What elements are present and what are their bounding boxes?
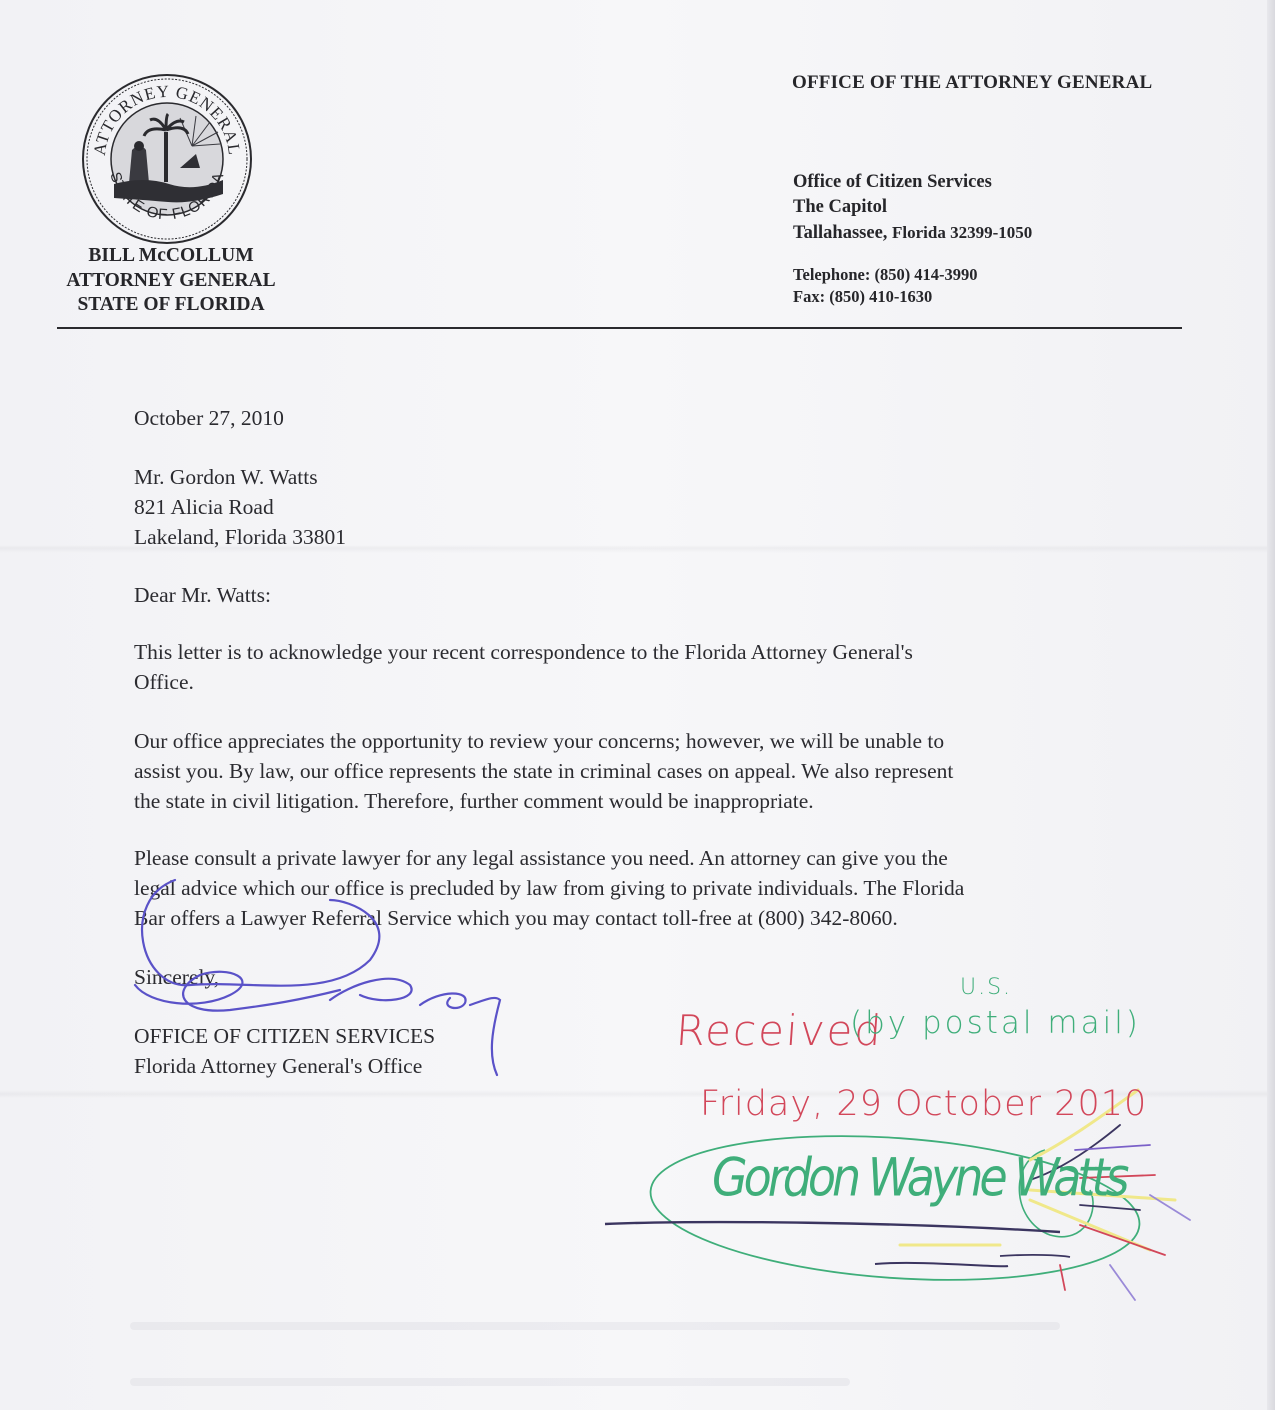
salutation: Dear Mr. Watts:: [134, 580, 271, 610]
office-division: Office of Citizen Services: [793, 170, 1032, 195]
paragraph-line: legal advice which our office is preclud…: [134, 873, 964, 903]
paragraph-line: Bar offers a Lawyer Referral Service whi…: [134, 903, 964, 933]
letterhead-divider: [57, 327, 1182, 329]
by-mail-annotation: (by postal mail): [850, 1005, 1141, 1041]
signer-organization: Florida Attorney General's Office: [134, 1051, 435, 1081]
ag-title: ATTORNEY GENERAL: [56, 269, 286, 294]
bleed-through-line: [130, 1322, 1060, 1330]
paragraph-line: assist you. By law, our office represent…: [134, 756, 953, 786]
office-telephone: Telephone: (850) 414-3990: [793, 264, 978, 286]
recipient-street: 821 Alicia Road: [134, 492, 346, 522]
paragraph-unable-to-assist: Our office appreciates the opportunity t…: [134, 726, 953, 816]
recipient-city: Lakeland, Florida 33801: [134, 522, 346, 552]
paragraph-acknowledgement: This letter is to acknowledge your recen…: [134, 637, 913, 697]
office-contact: Telephone: (850) 414-3990 Fax: (850) 410…: [793, 264, 978, 308]
paragraph-line: Office.: [134, 667, 913, 697]
office-city-line: Tallahassee, Florida 32399-1050: [793, 220, 1032, 246]
signer-office: OFFICE OF CITIZEN SERVICES: [134, 1021, 435, 1051]
office-fax: Fax: (850) 410-1630: [793, 286, 978, 308]
ag-state: STATE OF FLORIDA: [56, 293, 286, 318]
office-title: OFFICE OF THE ATTORNEY GENERAL: [792, 72, 1152, 94]
received-date-annotation: Friday, 29 October 2010: [700, 1084, 1147, 1124]
letter-page: ATTORNEY GENERAL STATE OF FLORIDA BILL M…: [0, 0, 1275, 1410]
signature-block: OFFICE OF CITIZEN SERVICES Florida Attor…: [134, 1021, 435, 1081]
closing: Sincerely,: [134, 962, 219, 992]
paragraph-line: the state in civil litigation. Therefore…: [134, 786, 953, 816]
office-building: The Capitol: [793, 195, 1032, 220]
office-state-zip: Florida 32399-1050: [892, 223, 1032, 242]
recipient-name: Mr. Gordon W. Watts: [134, 462, 346, 492]
paragraph-line: Please consult a private lawyer for any …: [134, 843, 964, 873]
state-seal-icon: ATTORNEY GENERAL STATE OF FLORIDA: [80, 72, 254, 246]
recipient-address: Mr. Gordon W. Watts 821 Alicia Road Lake…: [134, 462, 346, 552]
office-address: Office of Citizen Services The Capitol T…: [793, 170, 1032, 246]
recipient-signature: Gordon Wayne Watts: [712, 1146, 1125, 1208]
bleed-through-line: [130, 1378, 850, 1386]
page-edge-shadow: [1267, 0, 1275, 1410]
paragraph-line: This letter is to acknowledge your recen…: [134, 637, 913, 667]
attorney-general-name-block: BILL McCOLLUM ATTORNEY GENERAL STATE OF …: [56, 244, 286, 318]
us-insert-annotation: U.S.: [960, 975, 1012, 1000]
paragraph-line: Our office appreciates the opportunity t…: [134, 726, 953, 756]
paragraph-referral: Please consult a private lawyer for any …: [134, 843, 964, 933]
ag-name: BILL McCOLLUM: [56, 244, 286, 269]
office-city: Tallahassee,: [793, 223, 887, 243]
letter-date: October 27, 2010: [134, 403, 284, 433]
